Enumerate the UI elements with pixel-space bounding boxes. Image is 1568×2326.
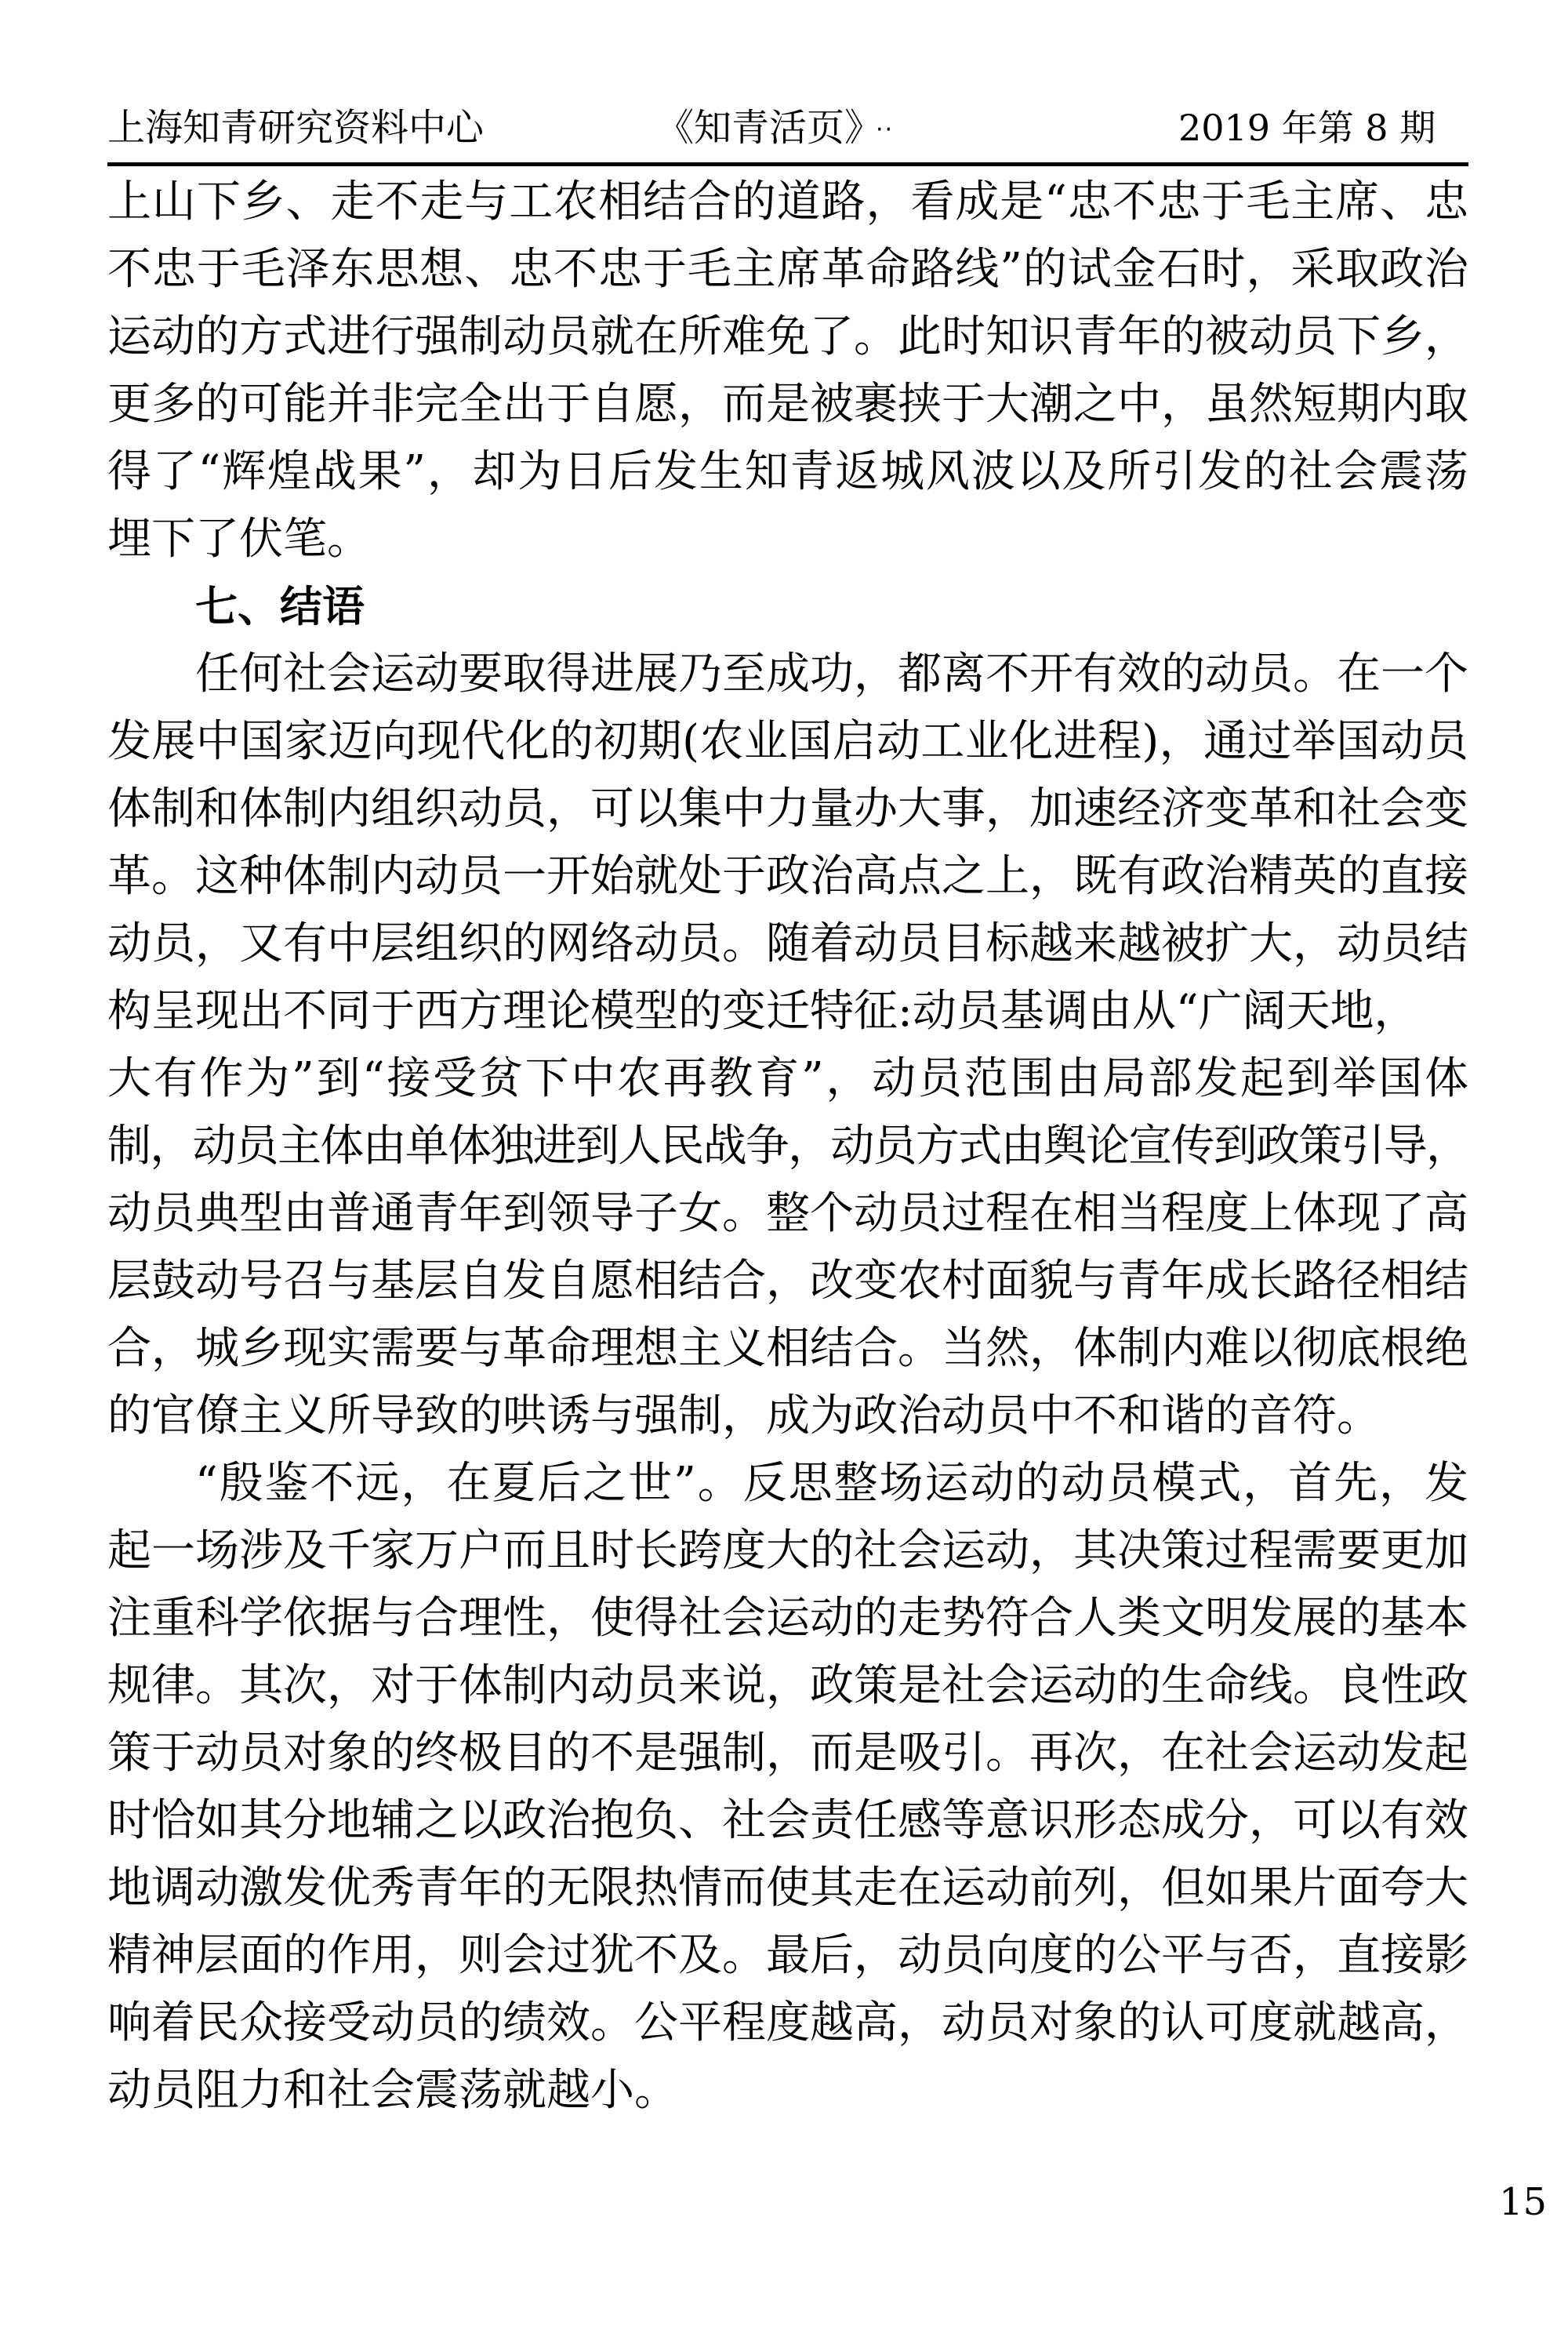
text-line: 得了“辉煌战果”，却为日后发生知青返城风波以及所引发的社会震荡 bbox=[107, 438, 1468, 506]
text-line: 时恰如其分地辅之以政治抱负、社会责任感等意识形态成分，可以有效 bbox=[107, 1787, 1468, 1855]
page-number: 15 bbox=[1499, 2180, 1547, 2224]
text-line: 动员阻力和社会震荡就越小。 bbox=[107, 2057, 1468, 2124]
text-line: 上山下乡、走不走与工农相结合的道路，看成是“忠不忠于毛主席、忠 bbox=[107, 169, 1468, 236]
text-line: 大有作为”到“接受贫下中农再教育”，动员范围由局部发起到举国体 bbox=[107, 1045, 1468, 1113]
body-text: 上山下乡、走不走与工农相结合的道路，看成是“忠不忠于毛主席、忠 不忠于毛泽东思想… bbox=[107, 169, 1468, 2124]
text-line: 响着民众接受动员的绩效。公平程度越高，动员对象的认可度就越高， bbox=[107, 1990, 1468, 2057]
text-line: 策于动员对象的终极目的不是强制，而是吸引。再次，在社会运动发起 bbox=[107, 1720, 1468, 1787]
header-issue: 2019 年第 8 期 bbox=[1178, 106, 1436, 150]
paragraph: “殷鉴不远，在夏后之世”。反思整场运动的动员模式，首先，发 起一场涉及千家万户而… bbox=[107, 1450, 1468, 2124]
text-line: 运动的方式进行强制动员就在所难免了。此时知识青年的被动员下乡， bbox=[107, 303, 1468, 371]
text-line: 构呈现出不同于西方理论模型的变迁特征:动员基调由从“广阔天地， bbox=[107, 978, 1468, 1045]
text-line: 动员典型由普通青年到领导子女。整个动员过程在相当程度上体现了高 bbox=[107, 1180, 1468, 1248]
document-page: 上海知青研究资料中心 《知青活页》·· 2019 年第 8 期 上山下乡、走不走… bbox=[0, 0, 1568, 2326]
text-line: 层鼓动号召与基层自发自愿相结合，改变农村面貌与青年成长路径相结 bbox=[107, 1248, 1468, 1315]
text-line: 体制和体制内组织动员，可以集中力量办大事，加速经济变革和社会变 bbox=[107, 776, 1468, 843]
text-line: 的官僚主义所导致的哄诱与强制，成为政治动员中不和谐的音符。 bbox=[107, 1383, 1468, 1450]
text-line: 精神层面的作用，则会过犹不及。最后，动员向度的公平与否，直接影 bbox=[107, 1922, 1468, 1990]
section-heading: 七、结语 bbox=[107, 573, 1468, 641]
text-line: “殷鉴不远，在夏后之世”。反思整场运动的动员模式，首先，发 bbox=[107, 1450, 1468, 1517]
text-line: 合，城乡现实需要与革命理想主义相结合。当然，体制内难以彻底根绝 bbox=[107, 1315, 1468, 1383]
paragraph-continuation: 上山下乡、走不走与工农相结合的道路，看成是“忠不忠于毛主席、忠 不忠于毛泽东思想… bbox=[107, 169, 1468, 573]
header-rule bbox=[107, 162, 1468, 166]
text-line: 埋下了伏笔。 bbox=[107, 506, 1468, 573]
header-publication-marks: ·· bbox=[876, 116, 894, 144]
text-line: 注重科学依据与合理性，使得社会运动的走势符合人类文明发展的基本 bbox=[107, 1585, 1468, 1652]
text-line: 更多的可能并非完全出于自愿，而是被裹挟于大潮之中，虽然短期内取 bbox=[107, 371, 1468, 438]
text-line: 制，动员主体由单体独进到人民战争，动员方式由舆论宣传到政策引导， bbox=[107, 1113, 1468, 1180]
header-publication: 《知青活页》·· bbox=[656, 106, 894, 150]
text-line: 地调动激发优秀青年的无限热情而使其走在运动前列，但如果片面夸大 bbox=[107, 1855, 1468, 1922]
text-line: 发展中国家迈向现代化的初期(农业国启动工业化进程)，通过举国动员 bbox=[107, 708, 1468, 776]
header-org-name: 上海知青研究资料中心 bbox=[107, 106, 484, 150]
text-line: 起一场涉及千家万户而且时长跨度大的社会运动，其决策过程需要更加 bbox=[107, 1517, 1468, 1585]
text-line: 规律。其次，对于体制内动员来说，政策是社会运动的生命线。良性政 bbox=[107, 1652, 1468, 1720]
paragraph: 任何社会运动要取得进展乃至成功，都离不开有效的动员。在一个 发展中国家迈向现代化… bbox=[107, 641, 1468, 1450]
text-line: 革。这种体制内动员一开始就处于政治高点之上，既有政治精英的直接 bbox=[107, 843, 1468, 910]
text-line: 任何社会运动要取得进展乃至成功，都离不开有效的动员。在一个 bbox=[107, 641, 1468, 708]
text-line: 动员，又有中层组织的网络动员。随着动员目标越来越被扩大，动员结 bbox=[107, 910, 1468, 978]
header-publication-title: 《知青活页》 bbox=[656, 106, 863, 150]
text-line: 不忠于毛泽东思想、忠不忠于毛主席革命路线”的试金石时，采取政治 bbox=[107, 236, 1468, 303]
